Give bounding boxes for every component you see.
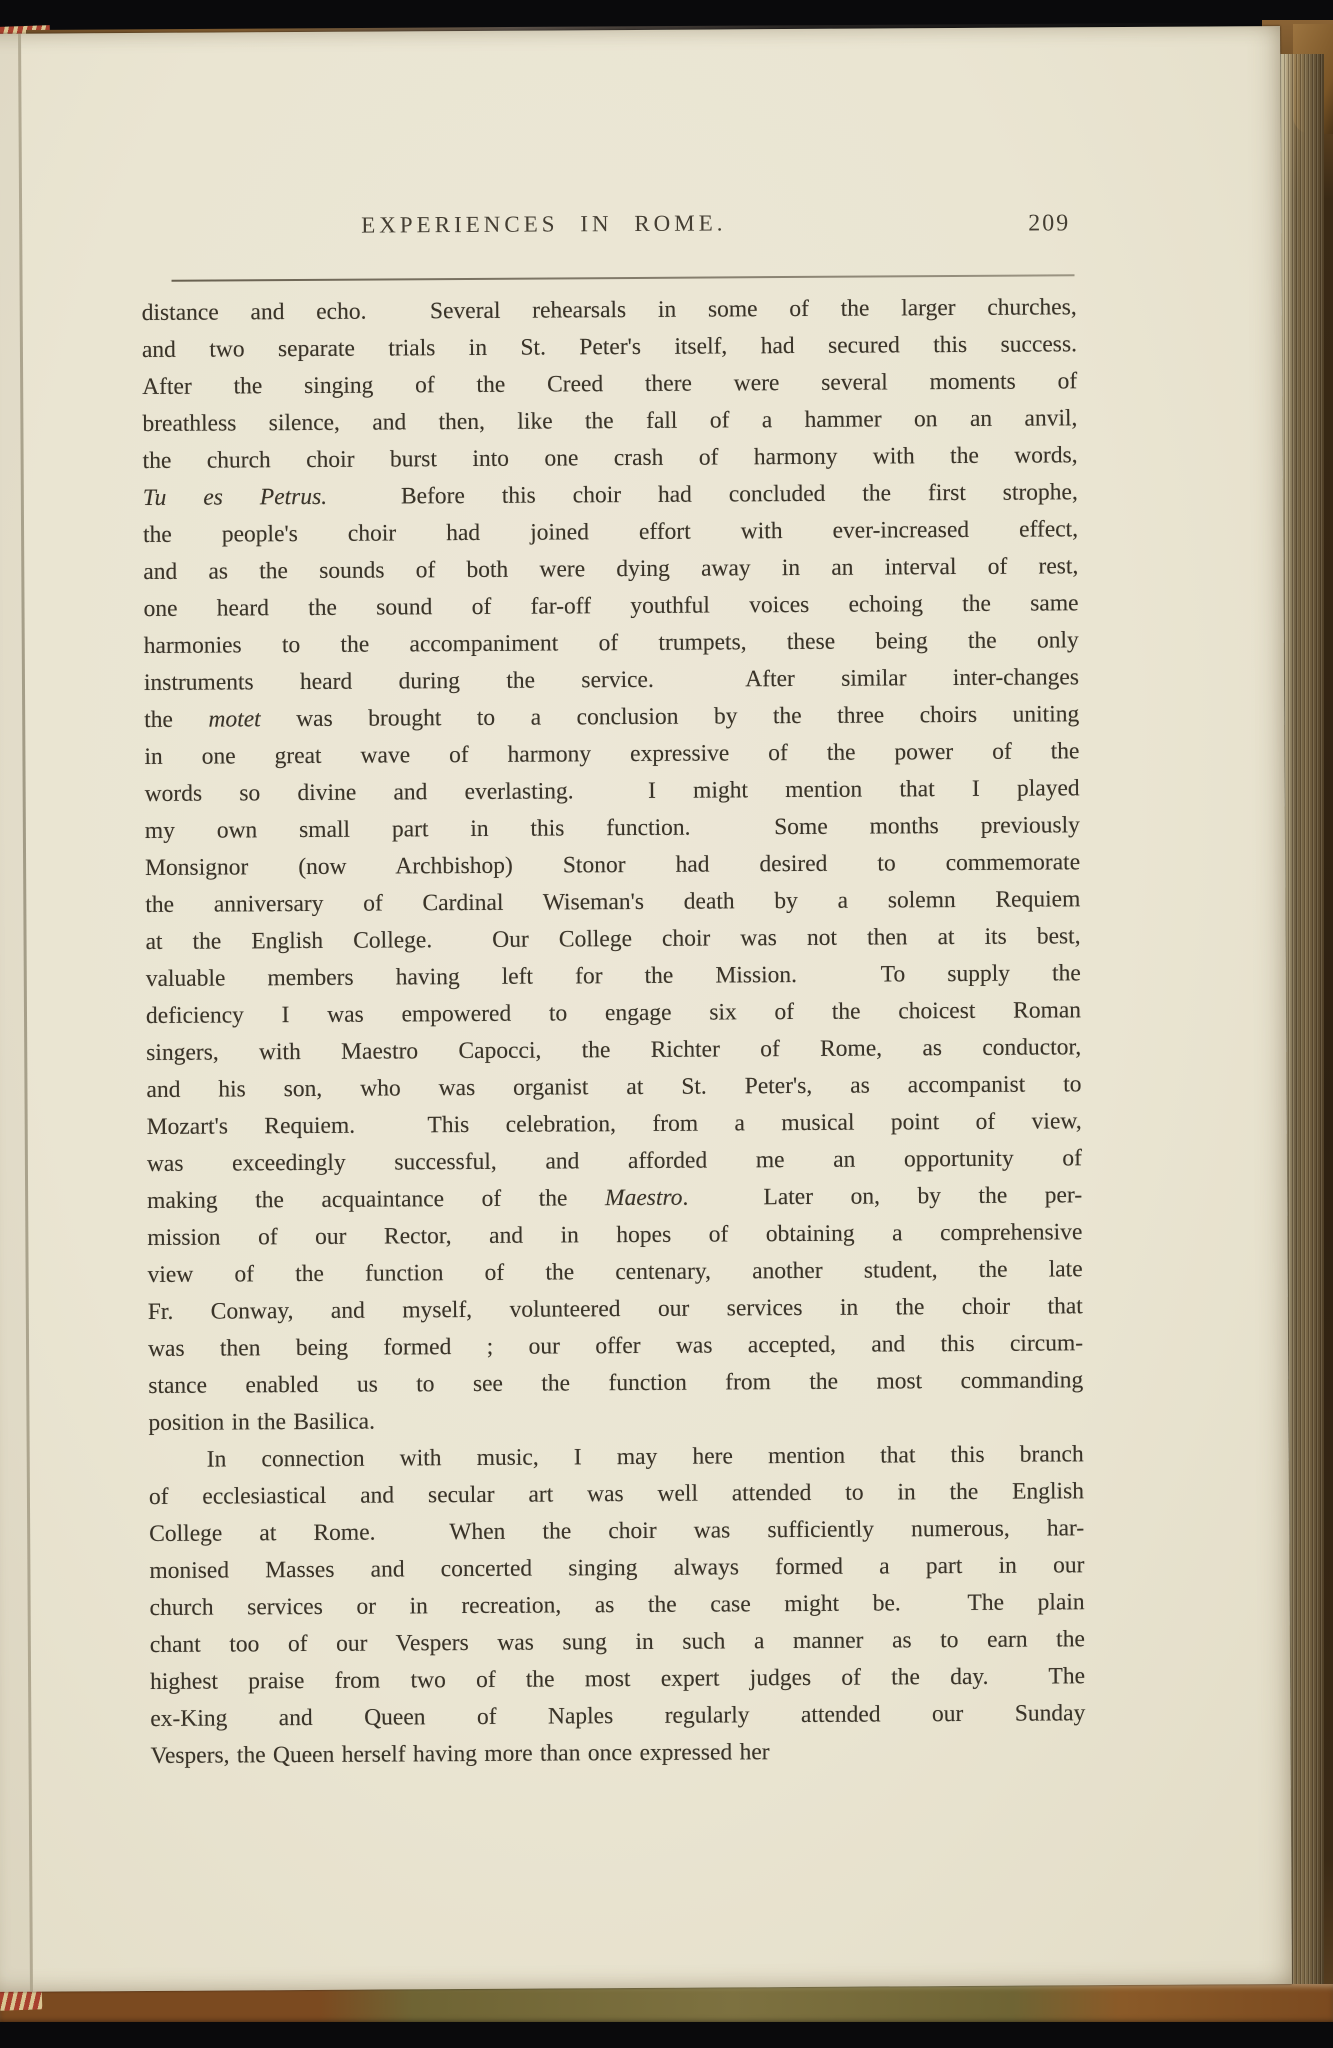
text-line: After the singing of the Creed there wer… (142, 363, 1077, 406)
text-line: College at Rome. When the choir was suff… (149, 1510, 1084, 1553)
text-line: distance and echo. Several rehearsals in… (142, 289, 1077, 332)
text-line: and his son, who was organist at St. Pet… (146, 1066, 1081, 1109)
text-line: harmonies to the accompaniment of trumpe… (144, 622, 1079, 665)
header-rule (172, 274, 1075, 282)
text-line: In connection with music, I may here men… (149, 1436, 1084, 1479)
body-text: distance and echo. Several rehearsals in… (142, 289, 1086, 1775)
text-line: instruments heard during the service. Af… (144, 659, 1079, 702)
running-header-title: EXPERIENCES IN ROME. (361, 210, 726, 238)
text-line: was exceedingly successful, and afforded… (147, 1140, 1082, 1183)
text-line: highest praise from two of the most expe… (150, 1658, 1085, 1701)
text-line: breathless silence, and then, like the f… (142, 400, 1077, 443)
text-line: one heard the sound of far-off youthful … (143, 585, 1078, 628)
text-line: was then being formed ; our offer was ac… (148, 1325, 1083, 1368)
text-line: chant too of our Vespers was sung in suc… (150, 1621, 1085, 1664)
book-headband-bottom (0, 1989, 42, 2010)
text-line: view of the function of the centenary, a… (147, 1251, 1082, 1294)
photo-background-bottom (0, 2022, 1333, 2048)
book-page: EXPERIENCES IN ROME. 209 distance and ec… (0, 26, 1292, 1992)
text-line: the anniversary of Cardinal Wiseman's de… (145, 881, 1080, 924)
text-line: the church choir burst into one crash of… (143, 437, 1078, 480)
page-number: 209 (1028, 210, 1070, 237)
text-line: in one great wave of harmony expressive … (144, 733, 1079, 776)
text-line: Tu es Petrus. Before this choir had conc… (143, 474, 1078, 517)
text-line: church services or in recreation, as the… (150, 1584, 1085, 1627)
text-line: deficiency I was empowered to engage six… (146, 992, 1081, 1035)
text-line: monised Masses and concerted singing alw… (149, 1547, 1084, 1590)
text-line: Monsignor (now Archbishop) Stonor had de… (145, 844, 1080, 887)
text-line: stance enabled us to see the function fr… (148, 1362, 1083, 1405)
running-header: EXPERIENCES IN ROME. 209 (141, 208, 1076, 248)
text-line: Vespers, the Queen herself having more t… (150, 1732, 1085, 1775)
text-line: and two separate trials in St. Peter's i… (142, 326, 1077, 369)
text-line: Fr. Conway, and myself, volunteered our … (148, 1288, 1083, 1331)
text-line: making the acquaintance of the Maestro. … (147, 1177, 1082, 1220)
text-line: the motet was brought to a conclusion by… (144, 696, 1079, 739)
text-line: and as the sounds of both were dying awa… (143, 548, 1078, 591)
text-line: at the English College. Our College choi… (145, 918, 1080, 961)
text-line: singers, with Maestro Capocci, the Richt… (146, 1029, 1081, 1072)
text-line: position in the Basilica. (148, 1399, 1083, 1442)
text-line: Mozart's Requiem. This celebration, from… (147, 1103, 1082, 1146)
text-line: of ecclesiastical and secular art was we… (149, 1473, 1084, 1516)
text-line: my own small part in this function. Some… (145, 807, 1080, 850)
text-line: valuable members having left for the Mis… (146, 955, 1081, 998)
photo-background: { "document": { "header": { "title": "EX… (0, 0, 1333, 2048)
text-line: ex-King and Queen of Naples regularly at… (150, 1695, 1085, 1738)
text-line: mission of our Rector, and in hopes of o… (147, 1214, 1082, 1257)
text-line: the people's choir had joined effort wit… (143, 511, 1078, 554)
text-line: words so divine and everlasting. I might… (145, 770, 1080, 813)
